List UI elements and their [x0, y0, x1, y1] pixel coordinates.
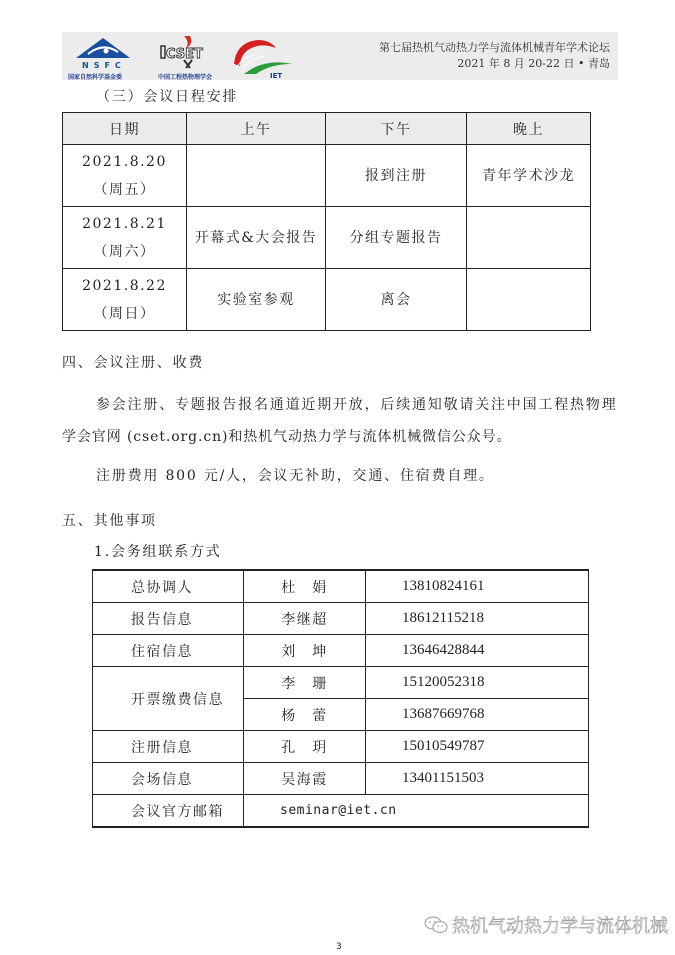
weekday-text: （周六）	[63, 238, 186, 266]
other-heading: 五、其他事项	[62, 510, 157, 530]
col-date: 日期	[63, 113, 187, 145]
col-evening: 晚上	[467, 113, 591, 145]
role-cell: 总协调人	[93, 570, 244, 603]
iet-label: IET	[270, 72, 282, 80]
name-cell: 吴海霞	[244, 763, 366, 795]
name-cell: 刘 坤	[244, 635, 366, 667]
col-afternoon: 下午	[326, 113, 467, 145]
wechat-icon	[424, 916, 448, 939]
registration-paragraph-line1: 参会注册、专题报告报名通道近期开放，后续通知敬请关注中国工程热物理	[96, 394, 617, 414]
evening-cell: 青年学术沙龙	[467, 145, 591, 207]
contact-table: 总协调人 杜 娟 13810824161 报告信息 李继超 1861211521…	[92, 569, 589, 828]
role-cell: 报告信息	[93, 603, 244, 635]
date-cell: 2021.8.21（周六）	[63, 207, 187, 269]
phone-cell: 13687669768	[366, 699, 589, 731]
col-morning: 上午	[187, 113, 326, 145]
schedule-row: 2021.8.20（周五） 报到注册 青年学术沙龙	[63, 145, 591, 207]
cset-caption: 中国工程热物理学会	[158, 72, 212, 81]
afternoon-cell: 离会	[326, 269, 467, 331]
conference-date-location: 2021 年 8 月 20-22 日 • 青岛	[379, 56, 610, 72]
name-cell: 杨 蕾	[244, 699, 366, 731]
header-text: 第七届热机气动热力学与流体机械青年学术论坛 2021 年 8 月 20-22 日…	[379, 40, 610, 72]
role-cell: 开票缴费信息	[93, 667, 244, 731]
contact-row: 会场信息 吴海霞 13401151503	[93, 763, 589, 795]
phone-cell: 15010549787	[366, 731, 589, 763]
contact-row: 报告信息 李继超 18612115218	[93, 603, 589, 635]
weekday-text: （周五）	[63, 176, 186, 204]
afternoon-cell: 分组专题报告	[326, 207, 467, 269]
name-cell: 李继超	[244, 603, 366, 635]
role-cell: 会场信息	[93, 763, 244, 795]
name-cell: 孔 玥	[244, 731, 366, 763]
date-text: 2021.8.21	[63, 210, 186, 238]
contact-row: 开票缴费信息 李 珊 15120052318	[93, 667, 589, 699]
name-cell: 杜 娟	[244, 570, 366, 603]
date-text: 2021.8.20	[63, 148, 186, 176]
weekday-text: （周日）	[63, 300, 186, 328]
watermark-text: 热机气动热力学与流体机械	[452, 916, 668, 937]
date-cell: 2021.8.20（周五）	[63, 145, 187, 207]
wechat-watermark: 热机气动热力学与流体机械	[424, 912, 668, 939]
nsfc-caption: 国家自然科学基金委	[68, 72, 122, 81]
morning-cell: 开幕式&大会报告	[187, 207, 326, 269]
afternoon-cell: 报到注册	[326, 145, 467, 207]
evening-cell	[467, 269, 591, 331]
phone-cell: 18612115218	[366, 603, 589, 635]
registration-heading: 四、会议注册、收费	[62, 352, 204, 372]
iet-logo: IET	[230, 34, 294, 80]
contact-row: 注册信息 孔 玥 15010549787	[93, 731, 589, 763]
schedule-row: 2021.8.22（周日） 实验室参观 离会	[63, 269, 591, 331]
phone-cell: 15120052318	[366, 667, 589, 699]
page-number: 3	[336, 942, 342, 952]
morning-cell	[187, 145, 326, 207]
registration-paragraph-line2: 学会官网 (cset.org.cn)和热机气动热力学与流体机械微信公众号。	[62, 426, 511, 446]
contact-subheading: 1.会务组联系方式	[94, 541, 222, 561]
schedule-header-row: 日期 上午 下午 晚上	[63, 113, 591, 145]
contact-row: 住宿信息 刘 坤 13646428844	[93, 635, 589, 667]
schedule-row: 2021.8.21（周六） 开幕式&大会报告 分组专题报告	[63, 207, 591, 269]
contact-row-email: 会议官方邮箱 seminar@iet.cn	[93, 795, 589, 828]
conference-title: 第七届热机气动热力学与流体机械青年学术论坛	[379, 40, 610, 56]
name-cell: 李 珊	[244, 667, 366, 699]
email-link[interactable]: seminar@iet.cn	[280, 803, 397, 818]
date-text: 2021.8.22	[63, 272, 186, 300]
svg-text:NSFC: NSFC	[82, 61, 126, 70]
evening-cell	[467, 207, 591, 269]
contact-row: 总协调人 杜 娟 13810824161	[93, 570, 589, 603]
morning-cell: 实验室参观	[187, 269, 326, 331]
phone-cell: 13646428844	[366, 635, 589, 667]
date-cell: 2021.8.22（周日）	[63, 269, 187, 331]
cset-logo: CSET 中国工程热物理学会	[158, 34, 228, 80]
email-label-cell: 会议官方邮箱	[93, 795, 244, 828]
role-cell: 注册信息	[93, 731, 244, 763]
schedule-table: 日期 上午 下午 晚上 2021.8.20（周五） 报到注册 青年学术沙龙 20…	[62, 112, 591, 331]
schedule-heading: （三）会议日程安排	[96, 86, 238, 106]
phone-cell: 13401151503	[366, 763, 589, 795]
role-cell: 住宿信息	[93, 635, 244, 667]
phone-cell: 13810824161	[366, 570, 589, 603]
page-header: NSFC 国家自然科学基金委 CSET 中国工程热物理学会 IET 第七届热机	[62, 32, 618, 80]
email-cell[interactable]: seminar@iet.cn	[244, 795, 589, 828]
registration-fee: 注册费用 800 元/人，会议无补助，交通、住宿费自理。	[96, 465, 495, 485]
nsfc-logo: NSFC 国家自然科学基金委	[68, 34, 138, 80]
